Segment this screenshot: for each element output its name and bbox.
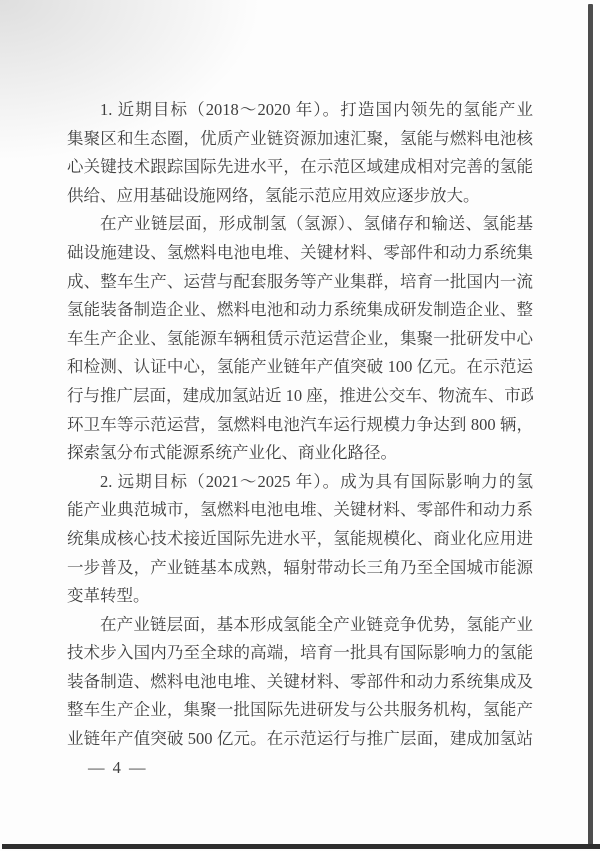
document-page: 1. 近期目标（2018～2020 年）。打造国内领先的氢能产业集聚区和生态圈，…: [0, 0, 600, 851]
text-line: 统集成核心技术接近国际先进水平，氢能规模化、商业化应用进: [67, 525, 533, 554]
text-line: 氢能装备制造企业、燃料电池和动力系统集成研发制造企业、整: [67, 296, 533, 325]
document-text: 1. 近期目标（2018～2020 年）。打造国内领先的氢能产业集聚区和生态圈，…: [67, 96, 533, 754]
text-line: 成、整车生产、运营与配套服务等产业集群，培育一批国内一流: [67, 268, 533, 297]
page-edge-bottom: [2, 844, 600, 849]
text-line: 探索氢分布式能源系统产业化、商业化路径。: [67, 439, 533, 468]
text-line: 和检测、认证中心，氢能产业链年产值突破 100 亿元。在示范运: [67, 353, 533, 382]
paragraph: 在产业链层面，形成制氢（氢源）、氢储存和输送、氢能基础设施建设、氢燃料电池电堆、…: [67, 210, 533, 467]
text-line: 础设施建设、氢燃料电池电堆、关键材料、零部件和动力系统集: [67, 239, 533, 268]
page-number: — 4 —: [88, 753, 148, 782]
text-line: 集聚区和生态圈，优质产业链资源加速汇聚，氢能与燃料电池核: [67, 125, 533, 154]
text-line: 装备制造、燃料电池电堆、关键材料、零部件和动力系统集成及: [67, 668, 533, 697]
paragraph: 1. 近期目标（2018～2020 年）。打造国内领先的氢能产业集聚区和生态圈，…: [67, 96, 533, 210]
text-line: 一步普及，产业链基本成熟，辐射带动长三角乃至全国城市能源: [67, 554, 533, 583]
text-line: 能产业典范城市，氢燃料电池电堆、关键材料、零部件和动力系: [67, 496, 533, 525]
paragraph: 在产业链层面，基本形成氢能全产业链竞争优势，氢能产业技术步入国内乃至全球的高端，…: [67, 611, 533, 754]
text-line: 行与推广层面，建成加氢站近 10 座，推进公交车、物流车、市政: [67, 382, 533, 411]
text-line: 心关键技术跟踪国际先进水平，在示范区域建成相对完善的氢能: [67, 153, 533, 182]
text-line: 1. 近期目标（2018～2020 年）。打造国内领先的氢能产业: [67, 96, 533, 125]
text-line: 业链年产值突破 500 亿元。在示范运行与推广层面，建成加氢站: [67, 725, 533, 754]
text-line: 环卫车等示范运营，氢燃料电池汽车运行规模力争达到 800 辆，: [67, 411, 533, 440]
text-line: 在产业链层面，基本形成氢能全产业链竞争优势，氢能产业: [67, 611, 533, 640]
text-line: 在产业链层面，形成制氢（氢源）、氢储存和输送、氢能基: [67, 210, 533, 239]
page-edge-right: [588, 4, 593, 849]
text-line: 车生产企业、氢能源车辆租赁示范运营企业，集聚一批研发中心: [67, 325, 533, 354]
text-line: 2. 远期目标（2021～2025 年）。成为具有国际影响力的氢: [67, 468, 533, 497]
text-line: 整车生产企业，集聚一批国际先进研发与公共服务机构，氢能产: [67, 696, 533, 725]
text-line: 技术步入国内乃至全球的高端，培育一批具有国际影响力的氢能: [67, 639, 533, 668]
paragraph: 2. 远期目标（2021～2025 年）。成为具有国际影响力的氢能产业典范城市，…: [67, 468, 533, 611]
text-line: 供给、应用基础设施网络，氢能示范应用效应逐步放大。: [67, 182, 533, 211]
text-line: 变革转型。: [67, 582, 533, 611]
